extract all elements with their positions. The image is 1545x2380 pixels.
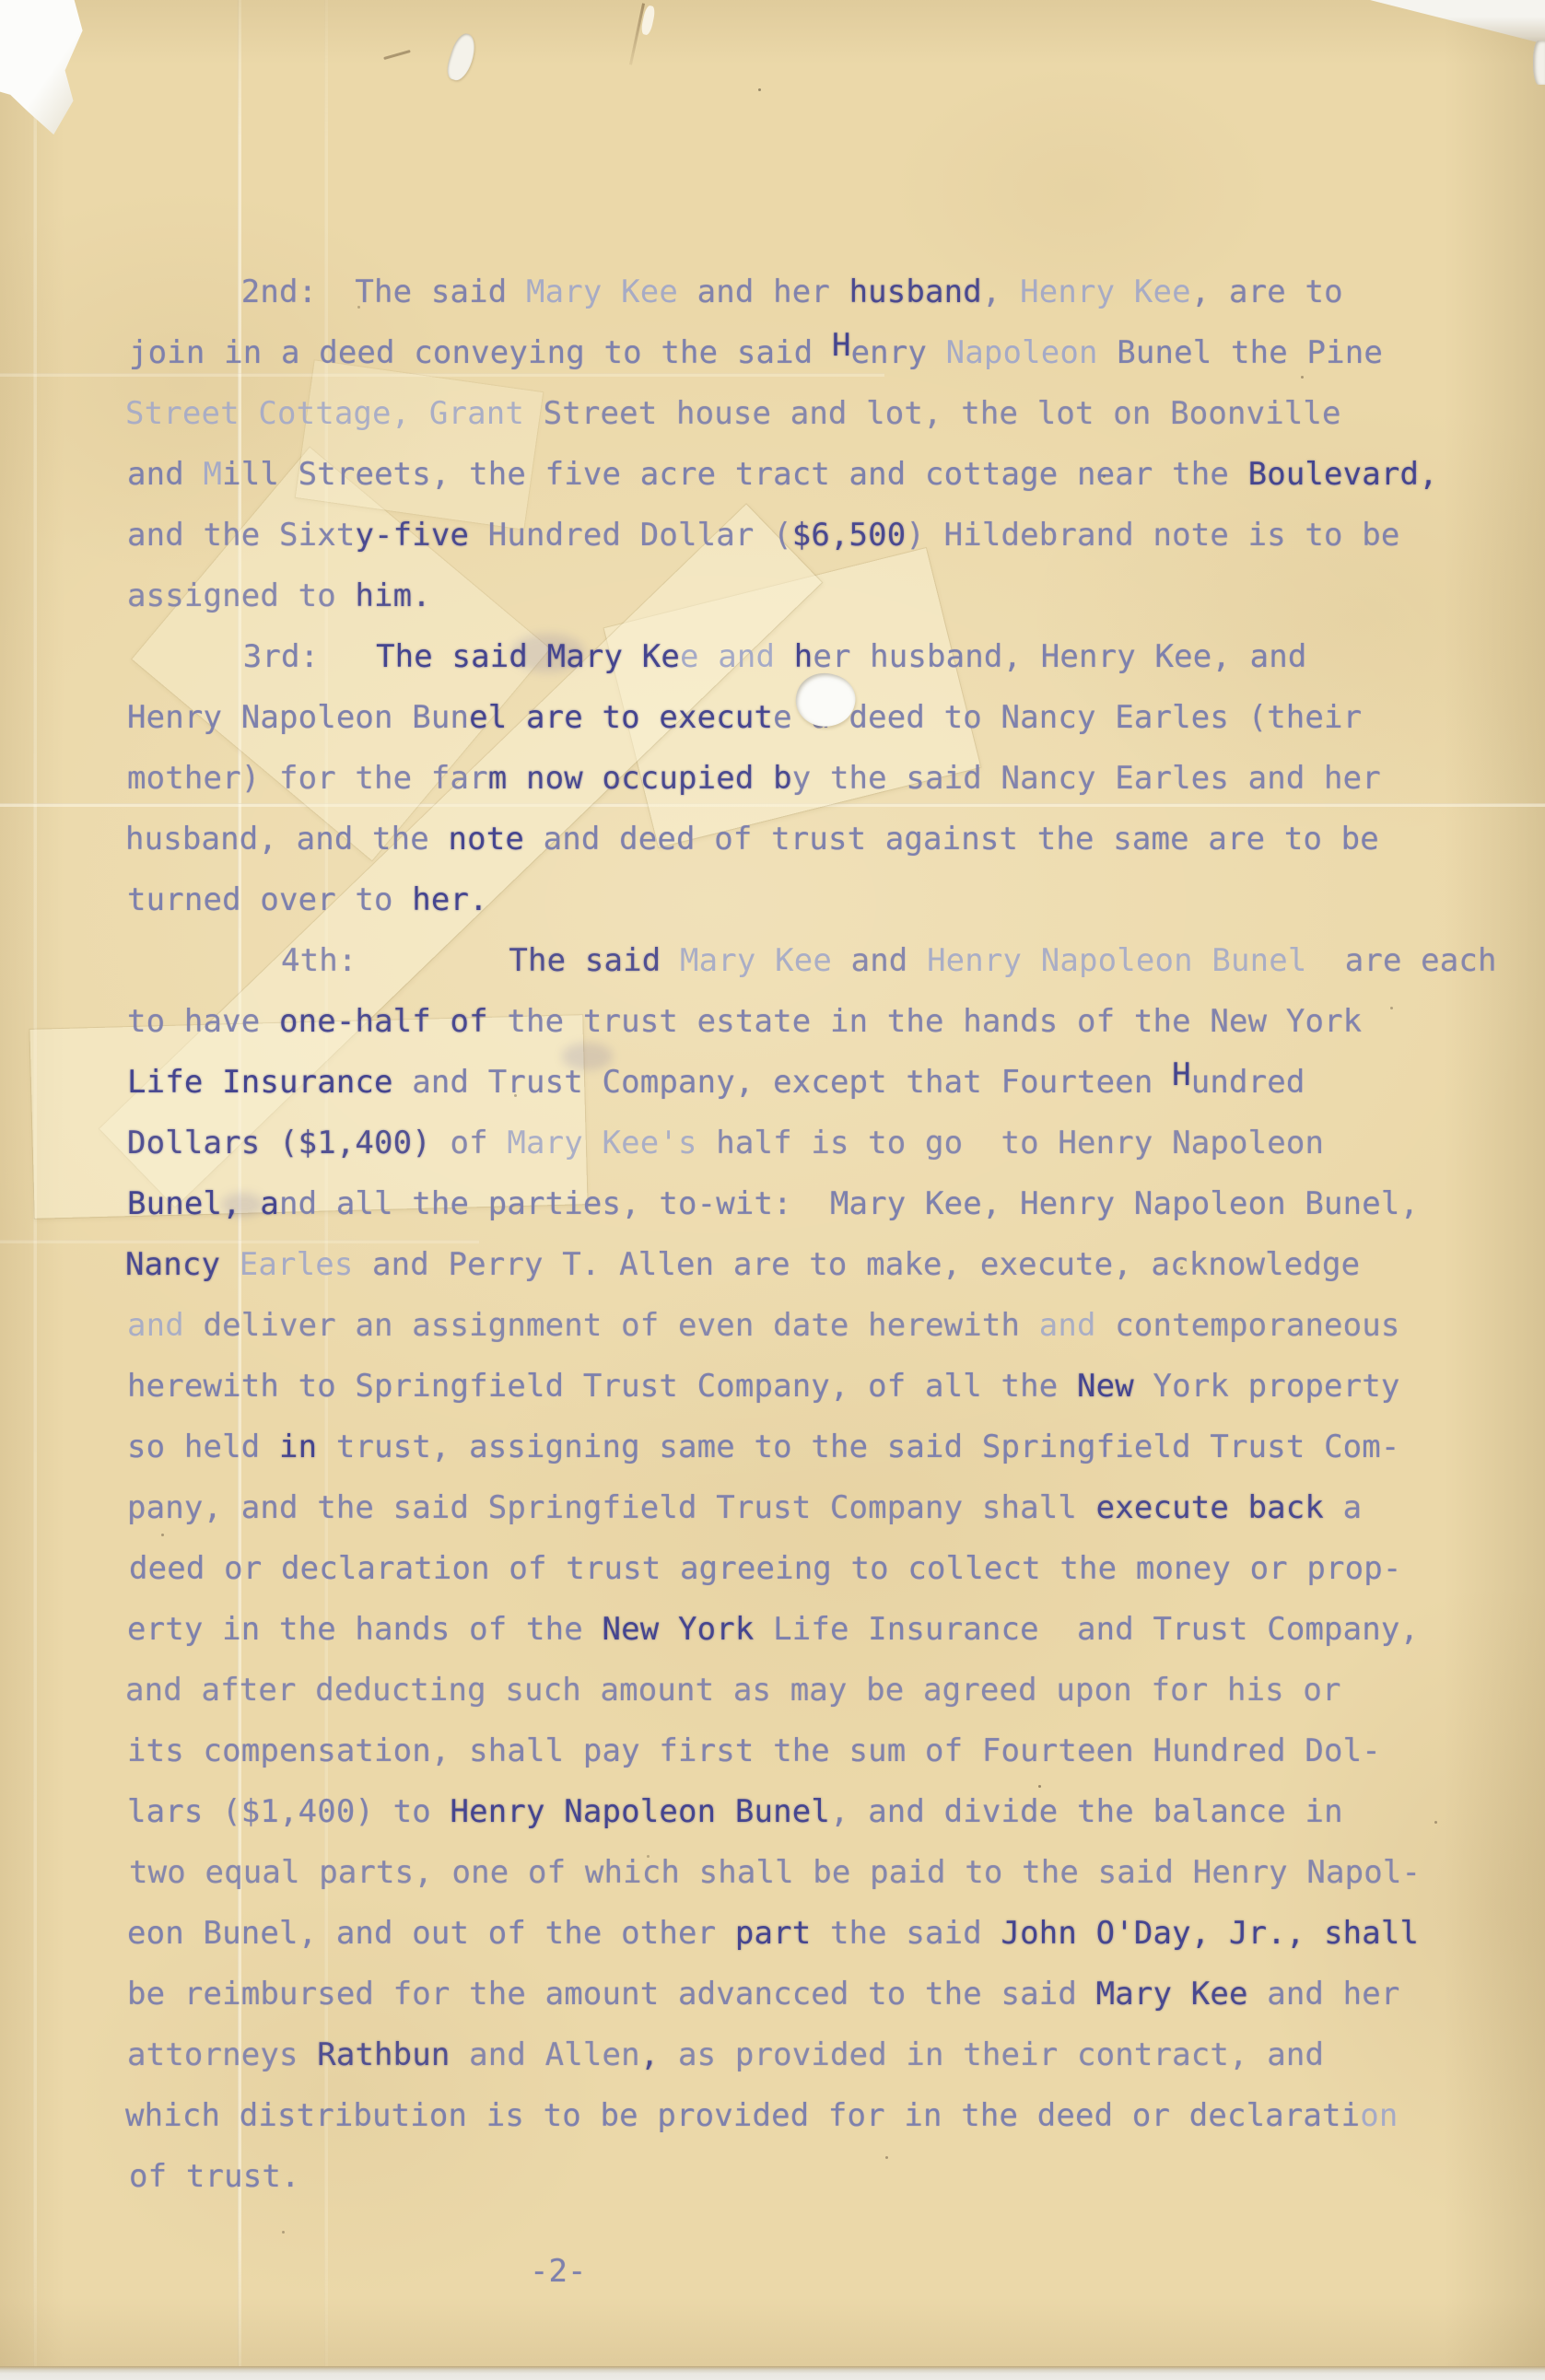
text-segment: Henry Napoleon Bunel — [451, 1793, 830, 1830]
text-segment: Henry Napoleon Bun — [127, 699, 469, 736]
text-segment: ill Streets, the five acre tract and cot… — [222, 456, 1247, 493]
text-segment: Bunel the Pine — [1098, 334, 1383, 371]
text-segment: 3rd: — [129, 638, 376, 675]
text-segment: of trust. — [129, 2158, 300, 2195]
text-line: and after deducting such amount as may b… — [125, 1660, 1516, 1721]
text-segment: execute back — [1096, 1489, 1324, 1526]
text-line: herewith to Springfield Trust Company, o… — [127, 1356, 1518, 1417]
text-segment: Nancy — [125, 1246, 240, 1283]
text-segment: Street Cottage, Grant — [125, 395, 544, 432]
small-tear-top — [444, 31, 480, 84]
text-segment: of — [431, 1125, 507, 1161]
text-segment: and her — [1248, 1976, 1400, 2012]
text-segment: and the Sixt — [127, 517, 355, 554]
text-segment: its compensation, shall pay first the su… — [127, 1732, 1381, 1769]
text-segment: pany, and the said Springfield Trust Com… — [127, 1489, 1096, 1526]
text-segment: and — [832, 942, 927, 979]
text-segment: M — [203, 456, 222, 493]
text-segment: and after deducting such amount as may b… — [125, 1672, 1341, 1709]
text-segment: Dollars ($1,400) — [127, 1125, 431, 1161]
text-line: 2nd: The said Mary Kee and her husband, … — [127, 262, 1518, 322]
text-segment: Henry Napoleon Bunel — [927, 942, 1306, 979]
text-segment: e a deed to Nancy Earles (their — [773, 699, 1362, 736]
text-line: join in a deed conveying to the said Hen… — [129, 322, 1520, 383]
text-segment: H — [1172, 1056, 1191, 1093]
text-segment: deliver an assignment of even date herew… — [203, 1307, 1038, 1344]
text-segment: y-five — [355, 517, 469, 554]
text-segment: a — [1324, 1489, 1362, 1526]
text-segment: ) Hildebrand note is to be — [906, 517, 1399, 554]
text-segment: Street house and lot, the lot on Boonvil… — [544, 395, 1341, 432]
page-number: -2- — [530, 2253, 586, 2290]
text-segment: and Trust Company, except that Fourteen — [393, 1064, 1172, 1101]
text-segment: nd all the parties, to-wit: Mary Kee, He… — [279, 1185, 1419, 1222]
text-line: 4th: The said Mary Kee and Henry Napoleo… — [129, 930, 1520, 991]
text-segment: attorneys — [127, 2036, 317, 2073]
text-segment: Life Insurance — [127, 1064, 393, 1101]
text-line: and the Sixty-five Hundred Dollar ($6,50… — [127, 505, 1518, 566]
text-segment: turned over to — [127, 881, 412, 918]
text-line: eon Bunel, and out of the other part the… — [127, 1903, 1518, 1964]
text-segment: which distribution is to be provided for… — [125, 2097, 1360, 2134]
text-segment: Mary Kee — [526, 274, 678, 310]
clipped-corner-top-right — [1370, 0, 1545, 44]
text-line: erty in the hands of the New York Life I… — [127, 1599, 1518, 1660]
text-segment: 2nd: The said — [127, 274, 526, 310]
text-line: to have one-half of the trust estate in … — [127, 991, 1518, 1052]
text-line: lars ($1,400) to Henry Napoleon Bunel, a… — [127, 1781, 1518, 1842]
left-edge-crease — [33, 0, 37, 2380]
text-segment: contemporaneous — [1096, 1307, 1400, 1344]
text-segment: husband, and the — [125, 821, 449, 857]
text-segment: and Perry T. Allen are to make, execute,… — [353, 1246, 1360, 1283]
text-line: attorneys Rathbun and Allen, as provided… — [127, 2024, 1518, 2085]
text-segment: her. — [412, 881, 487, 918]
text-segment: to have — [127, 1003, 279, 1040]
text-segment: h — [794, 638, 813, 675]
text-line: deed or declaration of trust agreeing to… — [129, 1538, 1520, 1599]
text-line: which distribution is to be provided for… — [125, 2085, 1516, 2146]
text-segment: , are to — [1191, 274, 1343, 310]
text-segment: so held — [127, 1429, 279, 1465]
text-segment: trust, assigning same to the said Spring… — [317, 1429, 1399, 1465]
text-segment: York property — [1134, 1368, 1400, 1405]
text-segment: er husband, Henry Kee, and — [813, 638, 1306, 675]
text-segment: Mary Kee — [1096, 1976, 1248, 2012]
text-segment: Rathbun — [317, 2036, 450, 2073]
text-segment: lars ($1,400) to — [127, 1793, 451, 1830]
text-segment: New — [1077, 1368, 1134, 1405]
text-segment: Life Insurance and Trust Company, — [754, 1611, 1419, 1648]
text-segment: Henry Kee — [1020, 274, 1191, 310]
text-segment: 4th: — [129, 942, 509, 979]
text-segment: part — [735, 1915, 811, 1952]
text-segment: erty in the hands of the — [127, 1611, 603, 1648]
text-segment: deed or declaration of trust agreeing to… — [129, 1550, 1402, 1587]
text-segment: , and divide the balance in — [830, 1793, 1343, 1830]
text-segment: The said Mary Ke — [376, 638, 680, 675]
text-segment: y the said Nancy Earles and her — [792, 760, 1381, 797]
text-segment: New York — [603, 1611, 755, 1648]
text-segment: half is to go to Henry Napoleon — [697, 1125, 1324, 1161]
text-segment: note — [449, 821, 524, 857]
typewritten-text: 2nd: The said Mary Kee and her husband, … — [127, 262, 1518, 2207]
text-segment: as provided in their contract, and — [659, 2036, 1324, 2073]
text-line: Life Insurance and Trust Company, except… — [127, 1052, 1518, 1113]
right-edge-tear — [1533, 41, 1545, 85]
text-line: be reimbursed for the amount advancced t… — [127, 1964, 1518, 2024]
text-segment: Hundred Dollar ( — [469, 517, 792, 554]
paper-crack-small — [383, 50, 411, 60]
text-segment: the trust estate in the hands of the New… — [488, 1003, 1363, 1040]
text-segment: eon Bunel, and out of the other — [127, 1915, 735, 1952]
scan-bottom-edge — [0, 2366, 1545, 2380]
text-segment: two equal parts, one of which shall be p… — [129, 1854, 1421, 1891]
text-line: turned over to her. — [127, 869, 1518, 930]
text-segment: and her — [678, 274, 849, 310]
text-segment: herewith to Springfield Trust Company, o… — [127, 1368, 1077, 1405]
text-segment: Napoleon — [946, 334, 1098, 371]
text-line: Dollars ($1,400) of Mary Kee's half is t… — [127, 1113, 1518, 1173]
scanned-document-page: 2nd: The said Mary Kee and her husband, … — [0, 0, 1545, 2380]
text-segment: The said — [509, 942, 661, 979]
text-segment: him. — [355, 577, 430, 614]
text-segment: be reimbursed for the amount advancced t… — [127, 1976, 1096, 2012]
text-segment: Earles — [240, 1246, 354, 1283]
text-segment: and — [127, 456, 203, 493]
text-segment: , — [640, 2036, 660, 2073]
text-segment: Mary Kee's — [507, 1125, 696, 1161]
text-line: husband, and the note and deed of trust … — [125, 809, 1516, 869]
text-segment: mother) for the far — [127, 760, 488, 797]
text-segment: el are to execut — [469, 699, 773, 736]
text-segment: husband — [849, 274, 982, 310]
text-segment: undred — [1191, 1064, 1305, 1101]
text-line: mother) for the farm now occupied by the… — [127, 748, 1518, 809]
text-line: Nancy Earles and Perry T. Allen are to m… — [125, 1234, 1516, 1295]
text-segment: m now occupied b — [488, 760, 792, 797]
text-segment: enry — [851, 334, 946, 371]
text-segment: and deed of trust against the same are t… — [524, 821, 1379, 857]
text-segment: e and — [680, 638, 794, 675]
text-line: of trust. — [129, 2146, 1520, 2207]
text-line: two equal parts, one of which shall be p… — [129, 1842, 1520, 1903]
text-segment: one-half of — [279, 1003, 488, 1040]
text-line: its compensation, shall pay first the su… — [127, 1721, 1518, 1781]
text-segment: Bunel, a — [127, 1185, 279, 1222]
text-line: Street Cottage, Grant Street house and l… — [125, 383, 1516, 444]
text-segment: on — [1360, 2097, 1398, 2134]
text-segment: Boulevard, — [1248, 456, 1438, 493]
text-line: and Mill Streets, the five acre tract an… — [127, 444, 1518, 505]
text-segment: the said — [811, 1915, 1001, 1952]
text-segment: and — [1039, 1307, 1096, 1344]
text-segment: and Allen — [451, 2036, 640, 2073]
text-segment: assigned to — [127, 577, 355, 614]
text-segment: $6,500 — [792, 517, 907, 554]
text-line: Bunel, and all the parties, to-wit: Mary… — [127, 1173, 1518, 1234]
text-line: and deliver an assignment of even date h… — [127, 1295, 1518, 1356]
text-segment: join in a deed conveying to the said — [129, 334, 832, 371]
text-segment: , — [982, 274, 1020, 310]
text-segment: and — [127, 1307, 203, 1344]
text-segment: H — [832, 327, 851, 364]
text-segment: Mary Kee — [661, 942, 832, 979]
text-segment: in — [279, 1429, 317, 1465]
text-line: assigned to him. — [127, 566, 1518, 626]
text-line: so held in trust, assigning same to the … — [127, 1417, 1518, 1477]
torn-corner-top-left — [0, 0, 103, 153]
text-segment: are each — [1306, 942, 1496, 979]
text-segment: John O'Day, Jr., shall — [1001, 1915, 1420, 1952]
text-line: pany, and the said Springfield Trust Com… — [127, 1477, 1518, 1538]
